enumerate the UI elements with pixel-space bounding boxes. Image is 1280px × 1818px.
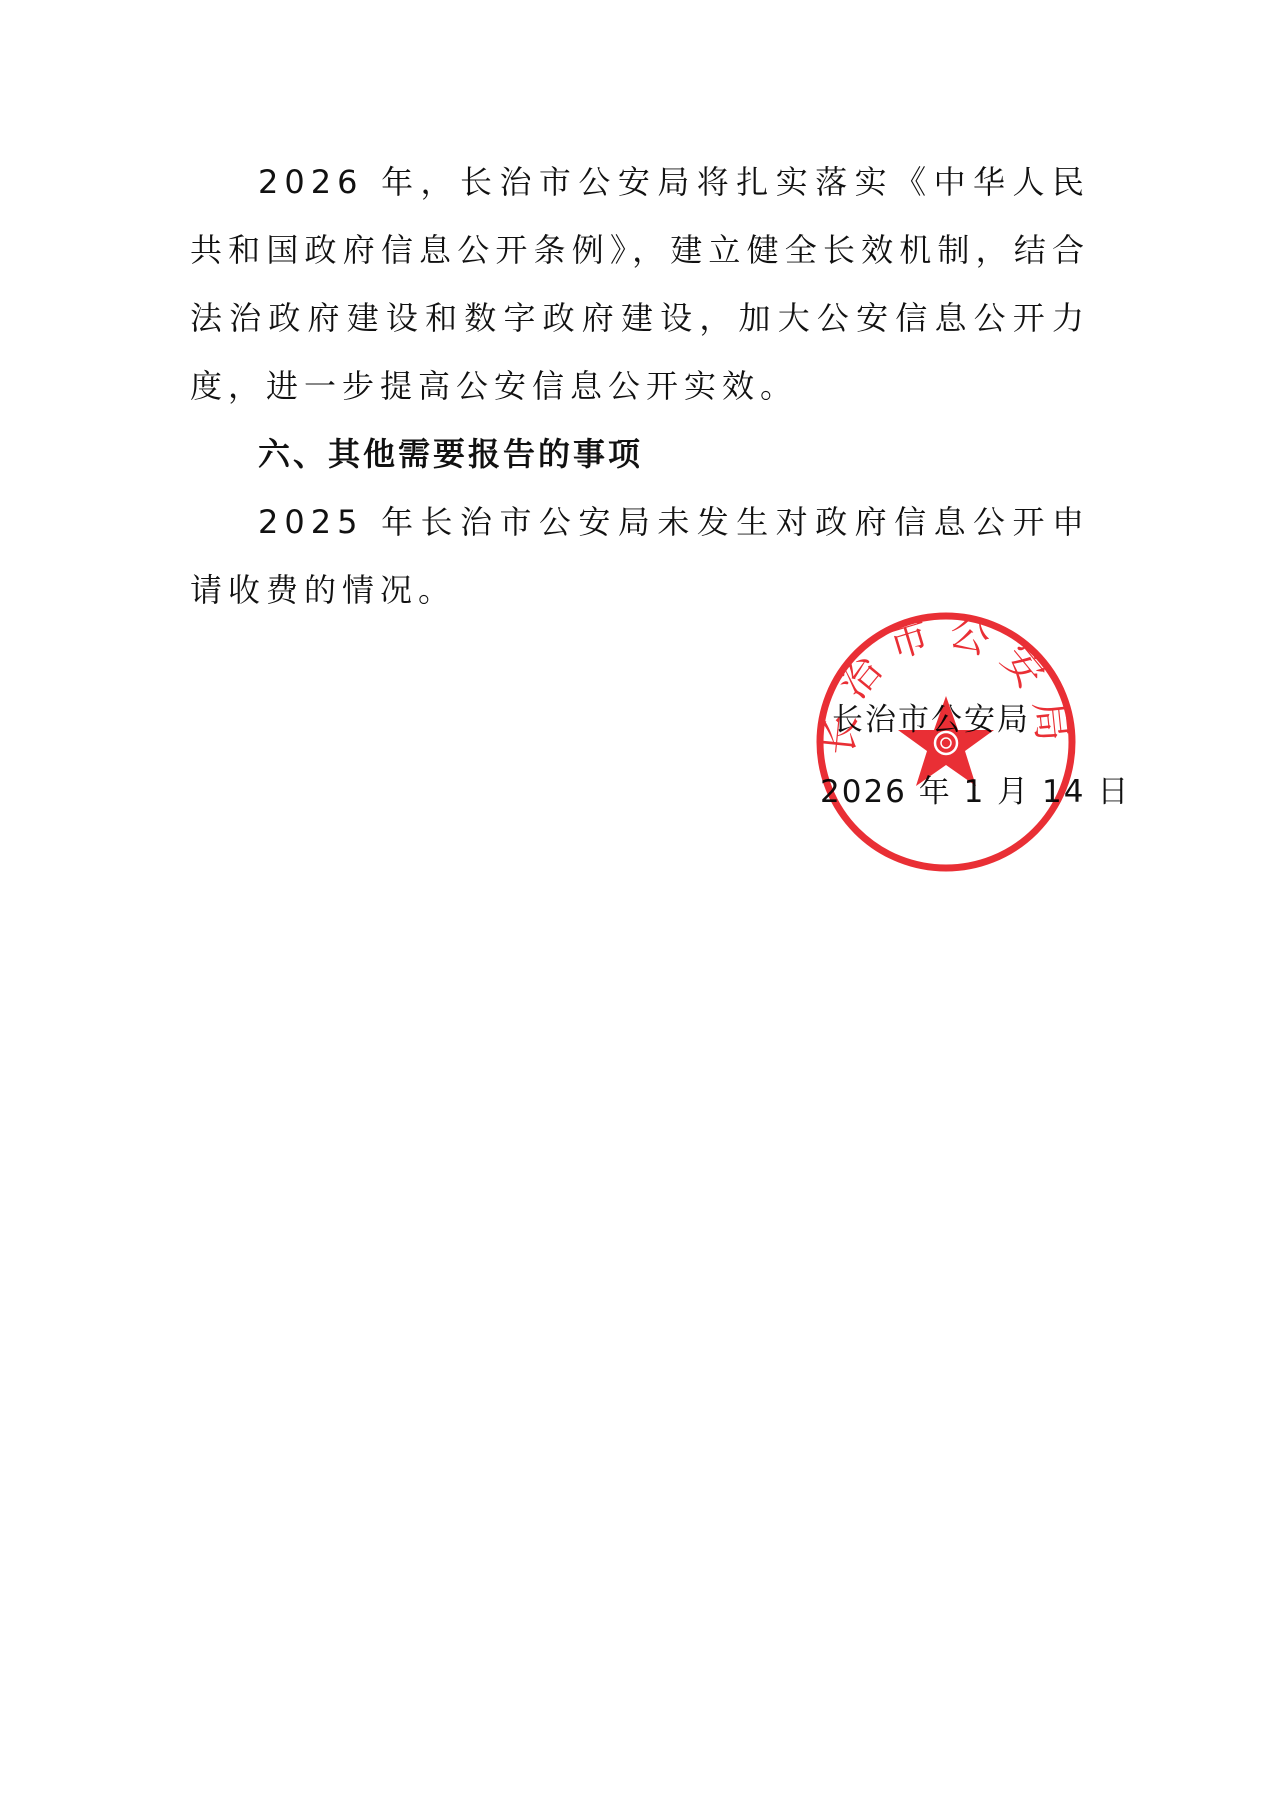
star-emblem-icon xyxy=(898,696,994,786)
official-seal-icon: 长治市公安局 xyxy=(812,608,1080,876)
paragraph-other-matters: 2025 年长治市公安局未发生对政府信息公开申请收费的情况。 xyxy=(190,488,1090,624)
document-page: 2026 年，长治市公安局将扎实落实《中华人民共和国政府信息公开条例》，建立健全… xyxy=(0,0,1280,1818)
paragraph-outlook: 2026 年，长治市公安局将扎实落实《中华人民共和国政府信息公开条例》，建立健全… xyxy=(190,148,1090,420)
section-heading-other-matters: 六、其他需要报告的事项 xyxy=(258,420,643,488)
